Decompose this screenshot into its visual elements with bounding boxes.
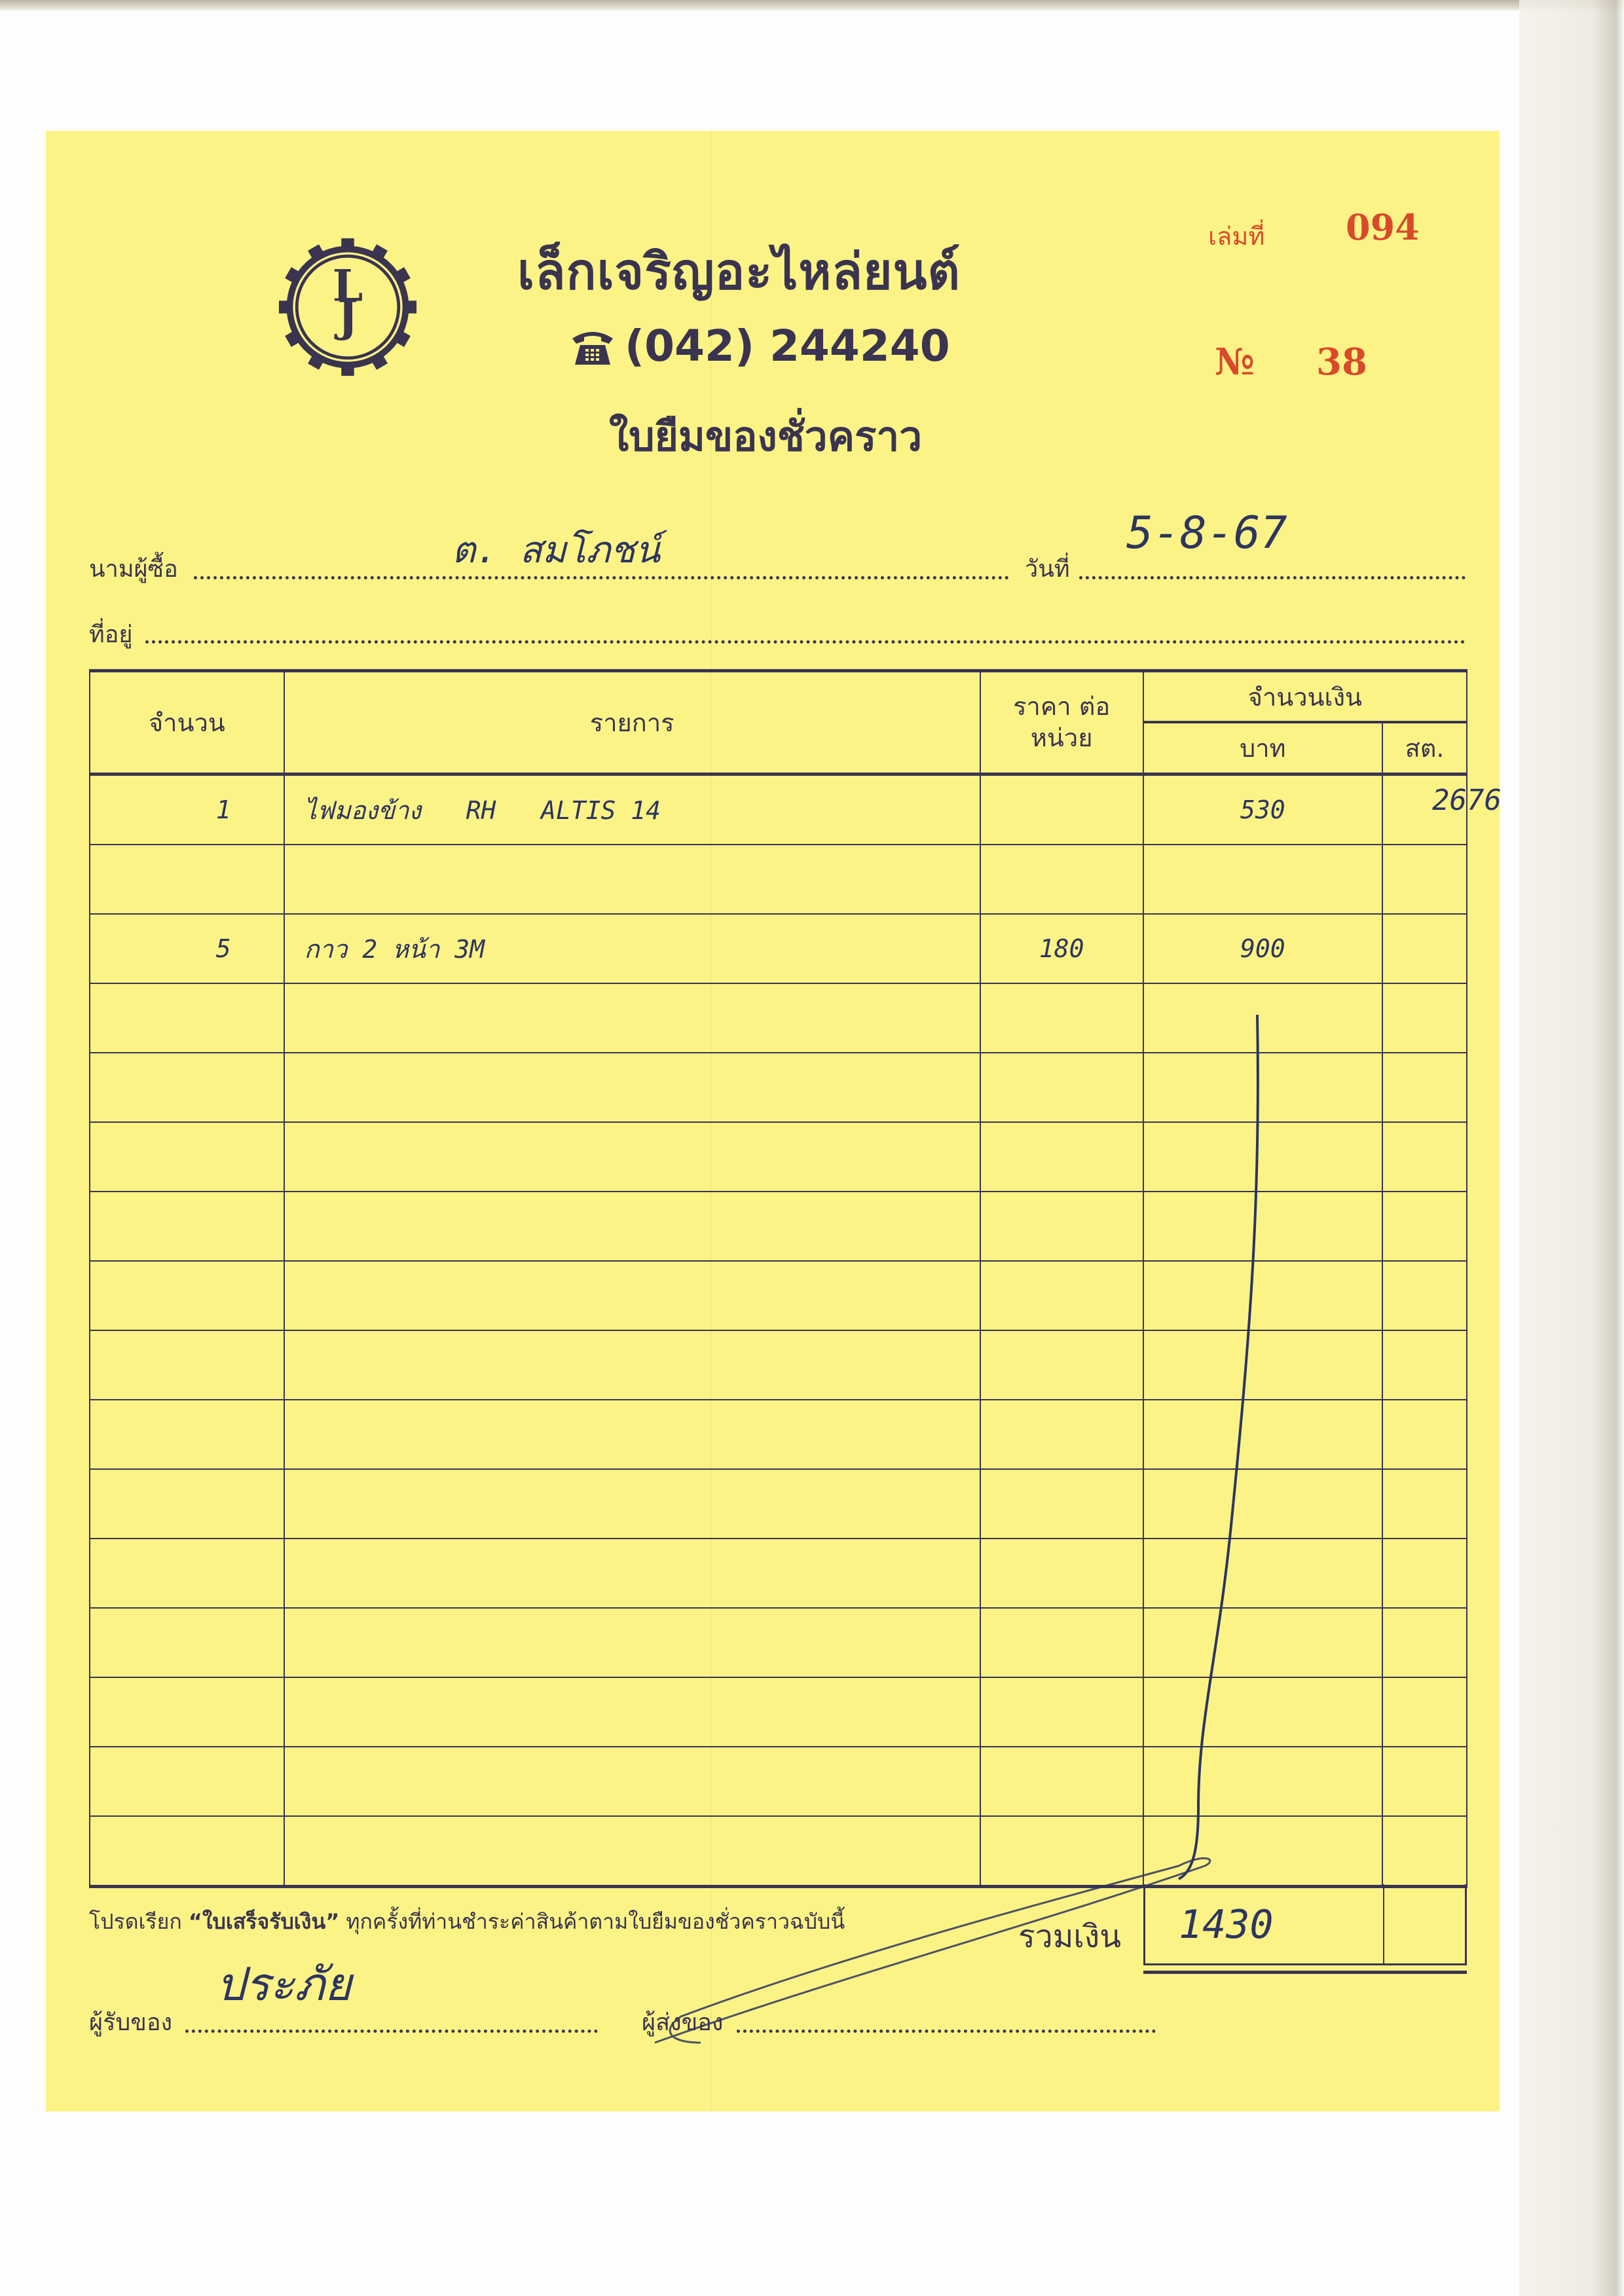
book-label: เล่มที่ xyxy=(1208,216,1264,256)
total-double-underline xyxy=(1143,1971,1467,1974)
header-unit-price: ราคา ต่อหน่วย xyxy=(980,671,1143,774)
book-number: 094 xyxy=(1346,206,1420,248)
description-cell[interactable] xyxy=(284,1122,980,1192)
description-cell[interactable]: กาว 2 หน้า 3M xyxy=(284,914,980,983)
header-qty: จำนวน xyxy=(90,671,284,774)
satang-cell[interactable] xyxy=(1382,1330,1467,1400)
qty-cell[interactable]: 1 xyxy=(90,774,284,845)
description-cell[interactable] xyxy=(284,1469,980,1539)
unit-price-cell[interactable] xyxy=(980,845,1143,914)
total-satang-divider xyxy=(1383,1884,1384,1965)
unit-price-cell[interactable] xyxy=(980,1469,1143,1539)
receiver-label: ผู้รับของ xyxy=(89,2003,172,2041)
notice-bold: “ใบเสร็จรับเงิน” xyxy=(189,1909,339,1934)
telephone-icon xyxy=(570,327,616,366)
table-row xyxy=(90,845,1467,914)
header-unit-price-text: ราคา ต่อหน่วย xyxy=(996,691,1127,754)
satang-cell[interactable] xyxy=(1382,914,1467,983)
sender-dotted-line xyxy=(737,2030,1156,2033)
satang-cell[interactable] xyxy=(1382,1608,1467,1677)
description-cell[interactable] xyxy=(284,1747,980,1816)
address-label: ที่อยู่ xyxy=(89,615,132,653)
unit-price-cell[interactable] xyxy=(980,1539,1143,1608)
unit-price-cell[interactable] xyxy=(980,1747,1143,1816)
unit-price-cell[interactable] xyxy=(980,1261,1143,1330)
margin-note: 2676 xyxy=(1432,784,1502,817)
shop-name: เล็กเจริญอะไหล่ยนต์ xyxy=(517,232,1041,311)
receiver-signature[interactable]: ประภัย xyxy=(216,1948,352,2020)
unit-price-cell[interactable] xyxy=(980,1608,1143,1677)
unit-price-cell[interactable] xyxy=(980,983,1143,1053)
header-baht: บาท xyxy=(1143,722,1382,774)
signature-swoosh xyxy=(642,1846,1231,2056)
svg-text:J: J xyxy=(334,291,358,342)
qty-cell[interactable] xyxy=(90,1747,284,1816)
scan-top-edge xyxy=(0,0,1624,10)
unit-price-cell[interactable] xyxy=(980,1053,1143,1122)
notice-suffix: ทุกครั้งที่ท่านชำระค่าสินค้าตามใบยืมของช… xyxy=(339,1909,845,1934)
sender-label: ผู้ส่งของ xyxy=(642,2003,723,2041)
date-dotted-line xyxy=(1079,576,1466,579)
satang-cell[interactable]: 2676 xyxy=(1382,774,1467,845)
qty-cell[interactable] xyxy=(90,983,284,1053)
satang-cell[interactable] xyxy=(1382,1747,1467,1816)
satang-cell[interactable] xyxy=(1382,1122,1467,1192)
buyer-label: นามผู้ซื้อ xyxy=(89,550,178,587)
unit-price-cell[interactable] xyxy=(980,1122,1143,1192)
qty-cell[interactable] xyxy=(90,1469,284,1539)
description-cell[interactable] xyxy=(284,1539,980,1608)
qty-cell[interactable] xyxy=(90,1261,284,1330)
description-cell[interactable] xyxy=(284,1677,980,1747)
unit-price-cell[interactable] xyxy=(980,774,1143,845)
satang-cell[interactable] xyxy=(1382,1677,1467,1747)
description-cell[interactable]: ไฟมองข้าง RH ALTIS 14 xyxy=(284,774,980,845)
date-label: วันที่ xyxy=(1025,550,1070,587)
notice-prefix: โปรดเรียก xyxy=(89,1909,189,1934)
qty-cell[interactable] xyxy=(90,1816,284,1887)
baht-cell[interactable]: 900 xyxy=(1143,914,1382,983)
phone-row: (042) 244240 xyxy=(570,321,950,371)
table-row: 1ไฟมองข้าง RH ALTIS 145302676 xyxy=(90,774,1467,845)
description-cell[interactable] xyxy=(284,983,980,1053)
description-cell[interactable] xyxy=(284,1261,980,1330)
table-row: 5กาว 2 หน้า 3M180900 xyxy=(90,914,1467,983)
satang-cell[interactable] xyxy=(1382,983,1467,1053)
total-label: รวมเงิน xyxy=(1018,1912,1121,1961)
qty-cell[interactable] xyxy=(90,1539,284,1608)
document-title: ใบยืมของชั่วคราว xyxy=(609,405,922,469)
unit-price-cell[interactable] xyxy=(980,1192,1143,1261)
buyer-value[interactable]: ต. สมโภชน์ xyxy=(452,520,660,579)
baht-cell[interactable]: 530 xyxy=(1143,774,1382,845)
satang-cell[interactable] xyxy=(1382,1192,1467,1261)
total-value[interactable]: 1430 xyxy=(1179,1902,1274,1948)
qty-cell[interactable] xyxy=(90,1608,284,1677)
qty-cell[interactable] xyxy=(90,1192,284,1261)
satang-cell[interactable] xyxy=(1382,1053,1467,1122)
receipt-notice: โปรดเรียก “ใบเสร็จรับเงิน” ทุกครั้งที่ท่… xyxy=(89,1905,845,1939)
serial-number: 38 xyxy=(1316,340,1367,384)
baht-cell[interactable] xyxy=(1143,845,1382,914)
satang-cell[interactable] xyxy=(1382,1816,1467,1887)
description-cell[interactable] xyxy=(284,1330,980,1400)
qty-cell[interactable] xyxy=(90,1677,284,1747)
description-cell[interactable] xyxy=(284,1192,980,1261)
qty-cell[interactable] xyxy=(90,1122,284,1192)
address-dotted-line xyxy=(145,640,1466,644)
qty-cell[interactable] xyxy=(90,845,284,914)
qty-cell[interactable]: 5 xyxy=(90,914,284,983)
description-cell[interactable] xyxy=(284,845,980,914)
receiver-dotted-line xyxy=(185,2030,598,2033)
void-pen-stroke xyxy=(1153,1002,1323,1918)
phone-number: (042) 244240 xyxy=(625,321,950,371)
description-cell[interactable] xyxy=(284,1400,980,1469)
qty-cell[interactable] xyxy=(90,1330,284,1400)
header-description: รายการ xyxy=(284,671,980,774)
header-amount: จำนวนเงิน xyxy=(1143,671,1467,723)
satang-cell[interactable] xyxy=(1382,1539,1467,1608)
qty-cell[interactable] xyxy=(90,1400,284,1469)
unit-price-cell[interactable] xyxy=(980,1677,1143,1747)
scan-right-strip xyxy=(1519,0,1624,2296)
qty-cell[interactable] xyxy=(90,1053,284,1122)
serial-label: № xyxy=(1215,340,1255,384)
satang-cell[interactable] xyxy=(1382,1469,1467,1539)
header-satang: สต. xyxy=(1382,722,1467,774)
satang-cell[interactable] xyxy=(1382,1261,1467,1330)
date-value[interactable]: 5-8-67 xyxy=(1126,507,1287,559)
satang-cell[interactable] xyxy=(1382,845,1467,914)
unit-price-cell[interactable] xyxy=(980,1330,1143,1400)
shop-logo-gear-icon: L J xyxy=(278,237,418,377)
description-cell[interactable] xyxy=(284,1053,980,1122)
unit-price-cell[interactable]: 180 xyxy=(980,914,1143,983)
satang-cell[interactable] xyxy=(1382,1400,1467,1469)
description-cell[interactable] xyxy=(284,1608,980,1677)
unit-price-cell[interactable] xyxy=(980,1400,1143,1469)
